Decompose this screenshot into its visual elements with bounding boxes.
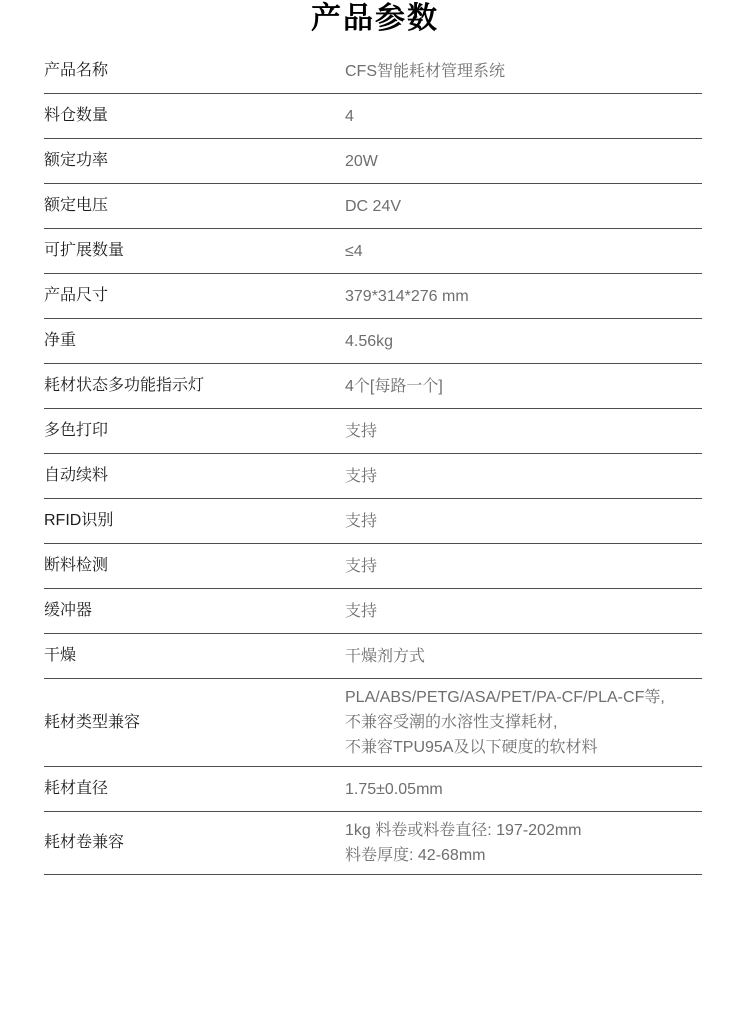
spec-label: 可扩展数量 xyxy=(44,240,345,262)
spec-value: 20W xyxy=(345,143,702,180)
spec-value-line: DC 24V xyxy=(345,194,702,219)
spec-row: 自动续料 支持 xyxy=(44,454,702,499)
spec-label: 缓冲器 xyxy=(44,600,345,622)
spec-row: 耗材卷兼容 1kg 料卷或料卷直径: 197-202mm料卷厚度: 42-68m… xyxy=(44,812,702,875)
spec-label: 干燥 xyxy=(44,645,345,667)
spec-value-line: 支持 xyxy=(345,554,702,579)
spec-row: 耗材直径 1.75±0.05mm xyxy=(44,767,702,812)
spec-value-line: 4 xyxy=(345,104,702,129)
spec-value: 支持 xyxy=(345,503,702,540)
spec-value-line: 支持 xyxy=(345,464,702,489)
spec-row: 额定电压 DC 24V xyxy=(44,184,702,229)
spec-label: 料仓数量 xyxy=(44,105,345,127)
spec-label: 产品尺寸 xyxy=(44,285,345,307)
spec-row: 料仓数量 4 xyxy=(44,94,702,139)
spec-value-line: 1kg 料卷或料卷直径: 197-202mm xyxy=(345,818,702,843)
spec-row: 缓冲器 支持 xyxy=(44,589,702,634)
spec-label: 断料检测 xyxy=(44,555,345,577)
spec-label: 耗材直径 xyxy=(44,778,345,800)
spec-value-line: ≤4 xyxy=(345,239,702,264)
spec-value-line: 4.56kg xyxy=(345,329,702,354)
spec-value: 379*314*276 mm xyxy=(345,278,702,315)
spec-row: 干燥 干燥剂方式 xyxy=(44,634,702,679)
spec-value-line: 干燥剂方式 xyxy=(345,644,702,669)
spec-row: 耗材状态多功能指示灯 4个[每路一个] xyxy=(44,364,702,409)
spec-row: 产品尺寸 379*314*276 mm xyxy=(44,274,702,319)
spec-row: 断料检测 支持 xyxy=(44,544,702,589)
spec-value-line: CFS智能耗材管理系统 xyxy=(345,59,702,84)
spec-label: 多色打印 xyxy=(44,420,345,442)
spec-value: PLA/ABS/PETG/ASA/PET/PA-CF/PLA-CF等,不兼容受潮… xyxy=(345,679,702,766)
spec-label: 耗材类型兼容 xyxy=(44,712,345,734)
spec-value-line: 20W xyxy=(345,149,702,174)
spec-value: 支持 xyxy=(345,413,702,450)
spec-value: DC 24V xyxy=(345,188,702,225)
spec-label: 自动续料 xyxy=(44,465,345,487)
spec-value: 1kg 料卷或料卷直径: 197-202mm料卷厚度: 42-68mm xyxy=(345,812,702,874)
spec-value-line: PLA/ABS/PETG/ASA/PET/PA-CF/PLA-CF等, xyxy=(345,685,702,710)
spec-row: 净重 4.56kg xyxy=(44,319,702,364)
spec-value-line: 4个[每路一个] xyxy=(345,374,702,399)
spec-value-line: 379*314*276 mm xyxy=(345,284,702,309)
spec-value: 4.56kg xyxy=(345,323,702,360)
spec-row: 额定功率 20W xyxy=(44,139,702,184)
spec-value-line: 不兼容TPU95A及以下硬度的软材料 xyxy=(345,735,702,760)
spec-value: 支持 xyxy=(345,548,702,585)
product-spec-sheet: 产品参数 产品名称 CFS智能耗材管理系统 料仓数量 4 额定功率 20W 额定… xyxy=(0,0,750,875)
page-title: 产品参数 xyxy=(0,0,750,36)
spec-row: 耗材类型兼容 PLA/ABS/PETG/ASA/PET/PA-CF/PLA-CF… xyxy=(44,679,702,767)
spec-label: 净重 xyxy=(44,330,345,352)
spec-row: 可扩展数量 ≤4 xyxy=(44,229,702,274)
spec-label: 耗材状态多功能指示灯 xyxy=(44,375,345,397)
spec-label: 额定电压 xyxy=(44,195,345,217)
spec-value-line: 支持 xyxy=(345,509,702,534)
spec-value-line: 支持 xyxy=(345,599,702,624)
spec-value-line: 不兼容受潮的水溶性支撑耗材, xyxy=(345,710,702,735)
spec-row: 多色打印 支持 xyxy=(44,409,702,454)
spec-value-line: 1.75±0.05mm xyxy=(345,777,702,802)
spec-row: RFID识别 支持 xyxy=(44,499,702,544)
spec-value: 1.75±0.05mm xyxy=(345,771,702,808)
spec-label: RFID识别 xyxy=(44,510,345,532)
spec-value-line: 料卷厚度: 42-68mm xyxy=(345,843,702,868)
spec-value: CFS智能耗材管理系统 xyxy=(345,53,702,90)
spec-value: 4个[每路一个] xyxy=(345,368,702,405)
spec-table: 产品名称 CFS智能耗材管理系统 料仓数量 4 额定功率 20W 额定电压 DC… xyxy=(44,49,702,875)
spec-value: 4 xyxy=(345,98,702,135)
spec-value: 支持 xyxy=(345,593,702,630)
spec-value: 支持 xyxy=(345,458,702,495)
spec-label: 耗材卷兼容 xyxy=(44,832,345,854)
spec-value: 干燥剂方式 xyxy=(345,638,702,675)
spec-row: 产品名称 CFS智能耗材管理系统 xyxy=(44,49,702,94)
spec-label: 额定功率 xyxy=(44,150,345,172)
spec-value: ≤4 xyxy=(345,233,702,270)
spec-value-line: 支持 xyxy=(345,419,702,444)
spec-label: 产品名称 xyxy=(44,60,345,82)
